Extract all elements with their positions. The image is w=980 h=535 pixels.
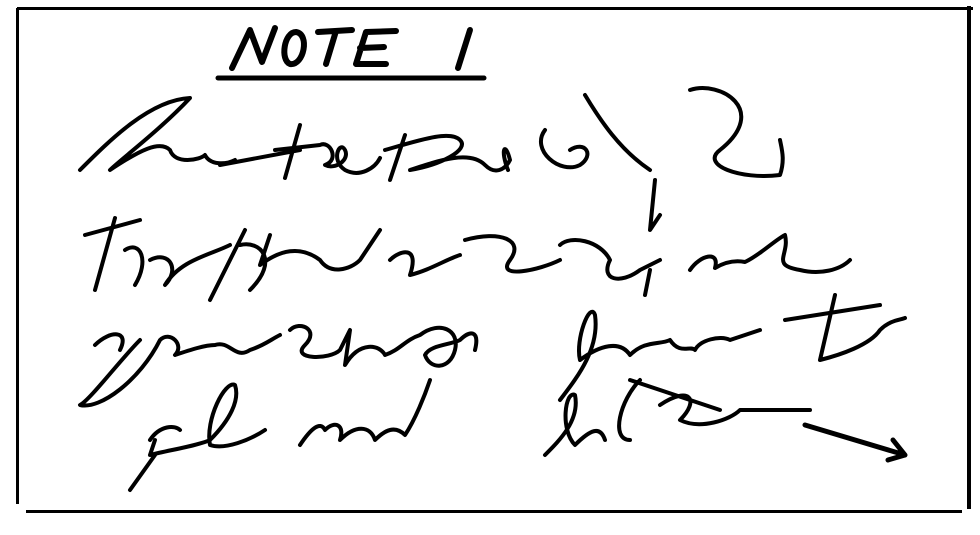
handwriting-ink <box>0 0 980 535</box>
handwritten-note: NOTE 1 Please take these pills three tim… <box>0 0 980 535</box>
line-2-ink <box>85 218 850 300</box>
line-3-ink <box>80 295 905 406</box>
line-1-ink <box>80 88 783 230</box>
line-4-ink <box>130 380 905 490</box>
note-title-ink <box>218 28 484 78</box>
